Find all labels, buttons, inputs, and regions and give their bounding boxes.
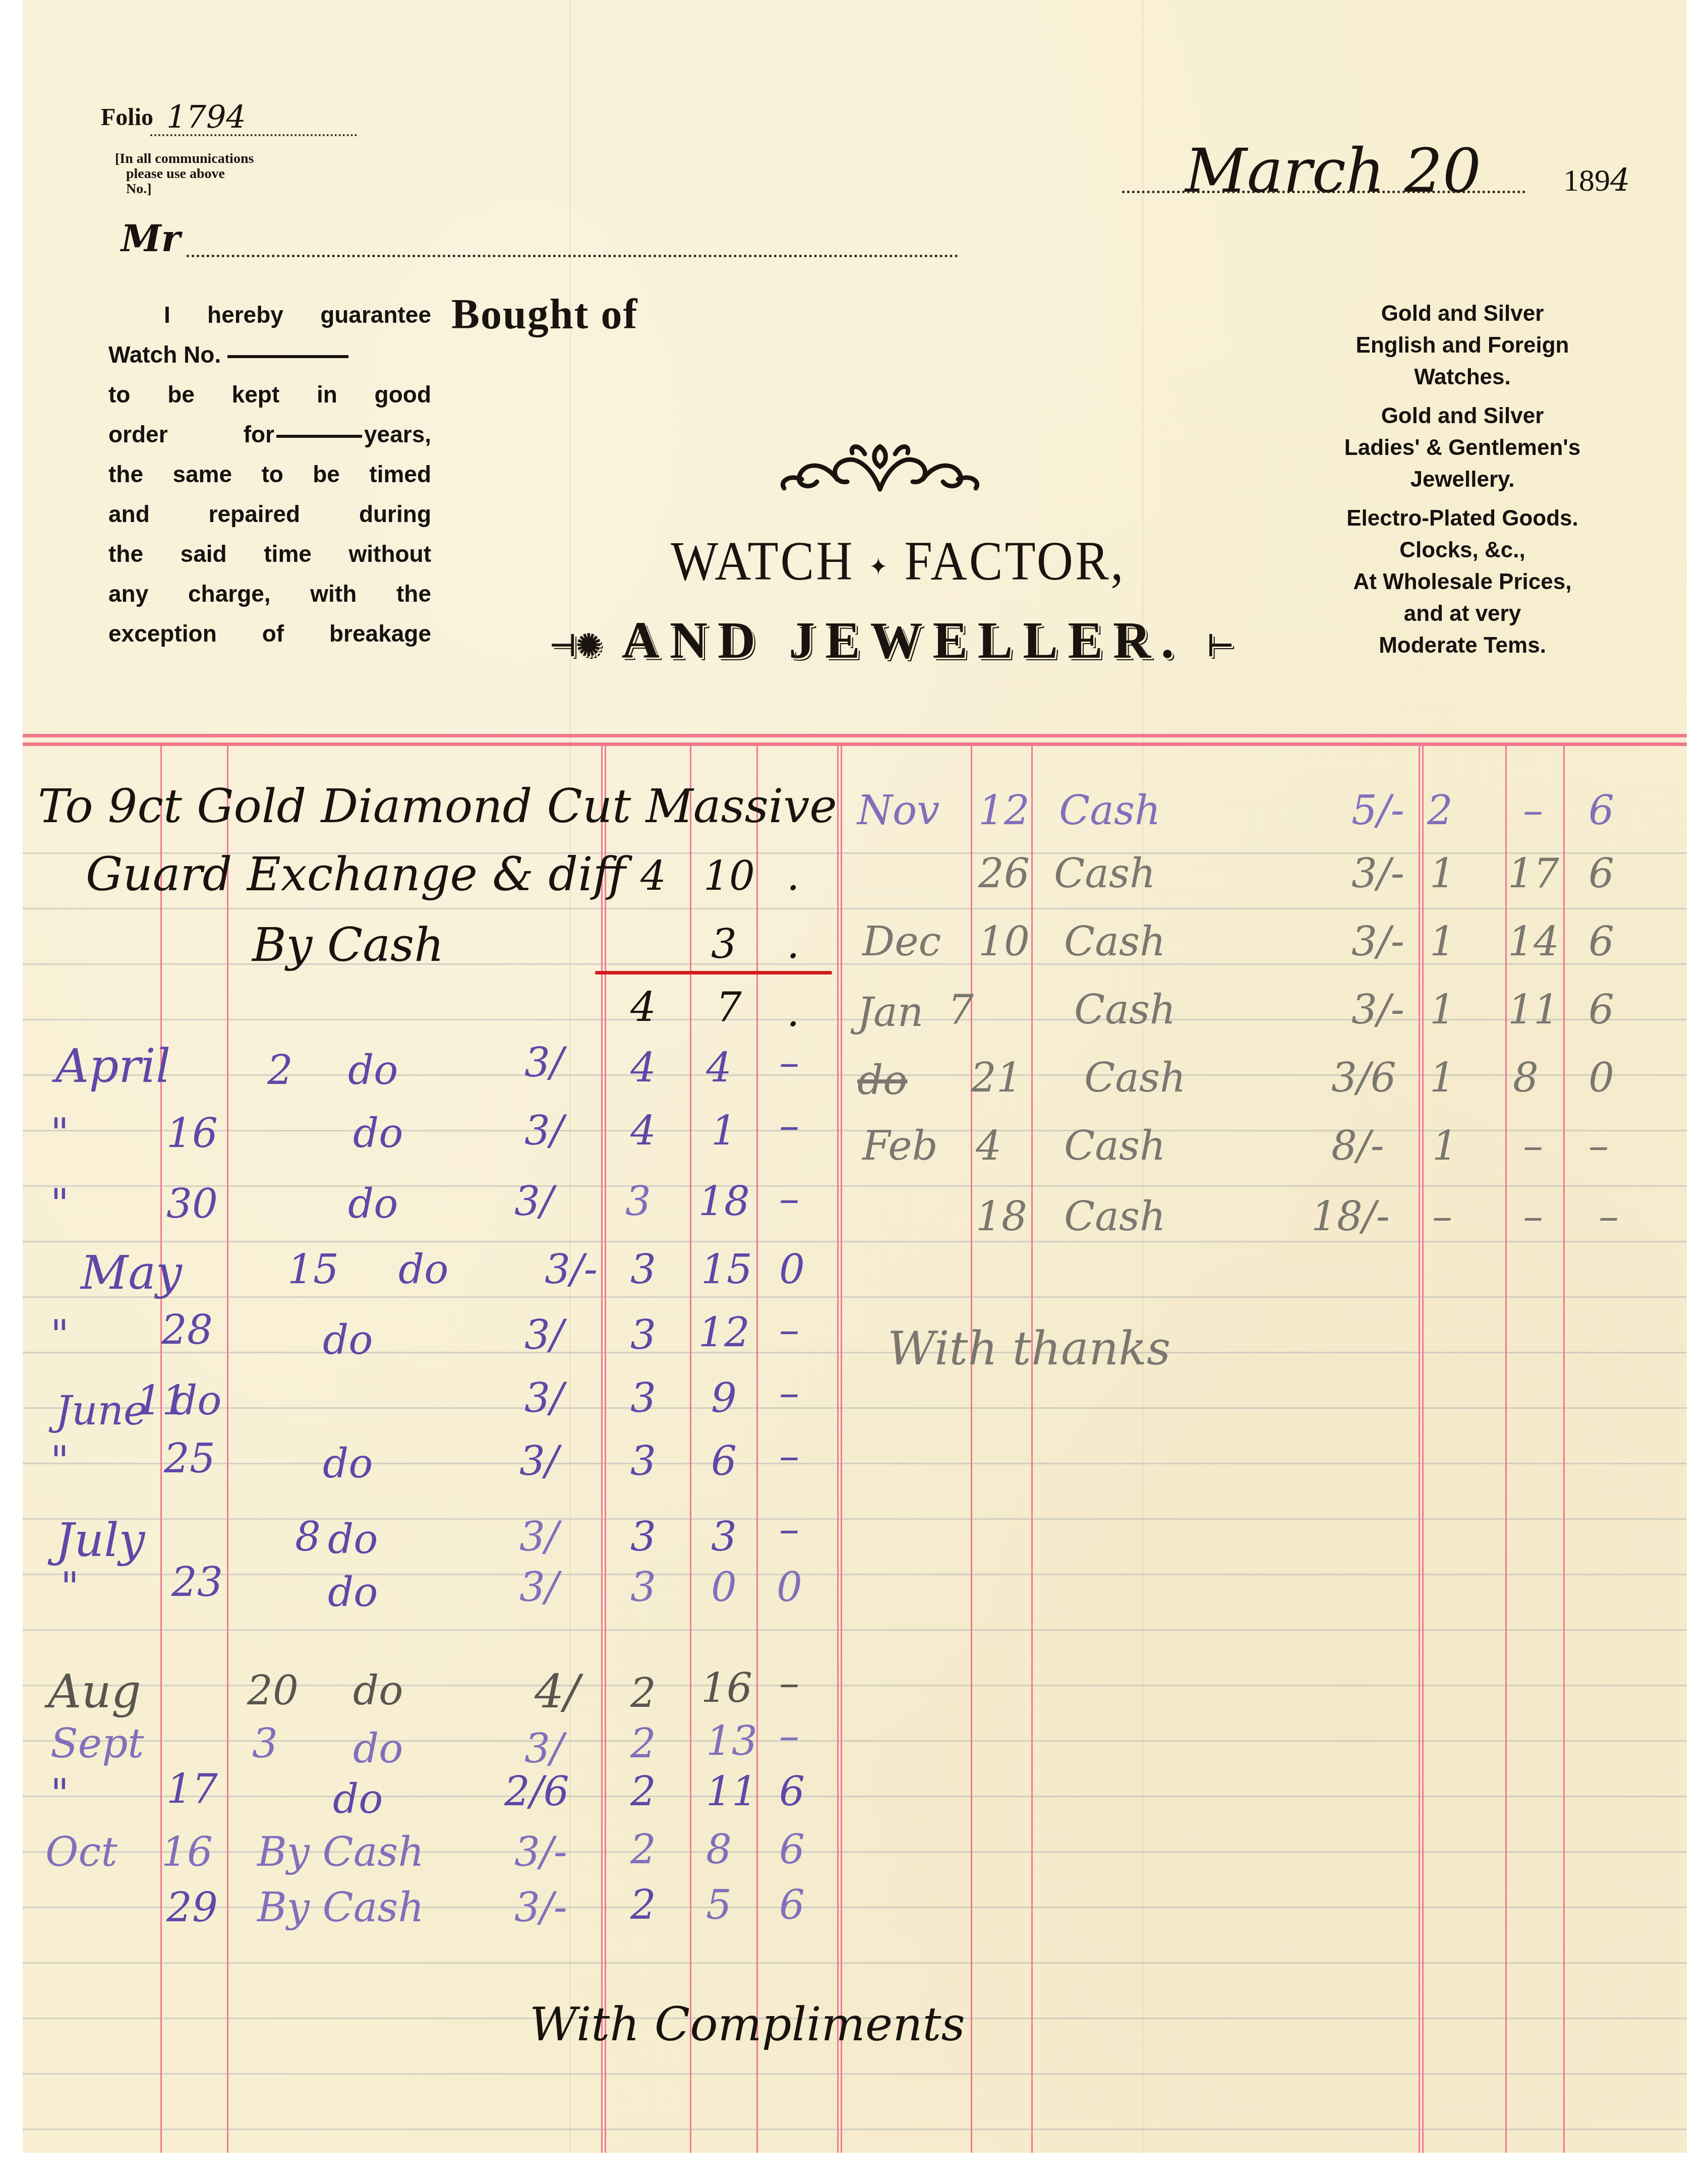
date-line — [1122, 191, 1525, 193]
amount-shillings: 13 — [706, 1717, 757, 1764]
entry-month: " — [50, 1180, 69, 1227]
entry-desc: do — [398, 1246, 448, 1293]
column-rule — [971, 744, 972, 2153]
amount-pounds: 1 — [1432, 1122, 1458, 1169]
entry-desc: By Cash — [257, 1828, 424, 1875]
entry-paid: 3/- — [545, 1246, 598, 1293]
amount-shillings: 8 — [706, 1826, 732, 1873]
entry-month: " — [50, 1770, 69, 1817]
amount-pence: – — [779, 1039, 799, 1086]
entry-month: Feb — [862, 1122, 938, 1169]
amount-shillings: 15 — [701, 1246, 752, 1293]
bought-of-heading: Bought of — [451, 290, 638, 339]
entry-desc: do — [348, 1180, 398, 1227]
entry-month: May — [81, 1246, 182, 1300]
amount-pence: – — [779, 1175, 799, 1222]
entry-desc: do — [353, 1725, 403, 1772]
column-rule — [1419, 744, 1420, 2153]
ledger-opening-line: By Cash — [252, 918, 444, 972]
amount-shillings: 17 — [1508, 850, 1559, 897]
amount-shillings: 0 — [711, 1564, 737, 1611]
pencil-note: With thanks — [888, 1322, 1170, 1375]
amount-pounds: 2 — [630, 1826, 656, 1873]
entry-month: Sept — [50, 1720, 144, 1767]
entry-day: 25 — [164, 1435, 215, 1482]
entry-month: " — [61, 1564, 79, 1611]
amount-pence: 6 — [1588, 986, 1614, 1033]
amount-pence: – — [779, 1659, 799, 1706]
column-rule — [1505, 744, 1507, 2153]
ledger-line — [23, 2073, 1687, 2075]
amount-shillings: – — [1523, 1122, 1543, 1169]
entry-desc: do — [171, 1377, 221, 1424]
entry-day: 16 — [166, 1110, 218, 1157]
ledger-line — [23, 1185, 1687, 1187]
entry-day: 23 — [171, 1559, 223, 1605]
entry-month: April — [55, 1039, 170, 1093]
ledger-line — [23, 1241, 1687, 1242]
amount-pounds: 3 — [630, 1513, 656, 1560]
folio-note: [In all communications please use above … — [115, 151, 254, 197]
entry-paid: 5/- — [1351, 787, 1404, 834]
entry-paid: 3/- — [514, 1884, 567, 1931]
entry-paid: 18/- — [1311, 1193, 1390, 1240]
column-rule — [160, 744, 162, 2153]
amount-shillings: 7 — [716, 984, 742, 1030]
amount-pounds: 3 — [630, 1246, 656, 1293]
column-rule — [690, 744, 691, 2153]
watch-number-blank — [227, 355, 348, 358]
entry-paid: 3/ — [524, 1374, 564, 1421]
ledger-line — [23, 1962, 1687, 1964]
entry-day: 2 — [267, 1047, 293, 1094]
column-rule — [601, 744, 603, 2153]
business-title-line2: ⊣✺ AND JEWELLER. ⊢ — [550, 610, 1233, 670]
years-blank — [276, 435, 362, 438]
amount-pounds: 1 — [1430, 986, 1455, 1033]
entry-paid: 3/6 — [1331, 1054, 1396, 1101]
ledger-opening-line: Guard Exchange & diff — [86, 847, 626, 901]
amount-pounds: 2 — [1427, 787, 1453, 834]
amount-shillings: 8 — [1513, 1054, 1539, 1101]
business-title-line1: WATCH ✦ FACTOR, — [671, 529, 1126, 593]
amount-pounds: 3 — [630, 1374, 656, 1421]
entry-day: 10 — [978, 918, 1030, 965]
starburst-icon: ✦ — [869, 553, 890, 581]
entry-day: 16 — [161, 1828, 213, 1875]
ledger-opening-line: To 9ct Gold Diamond Cut Massive — [38, 779, 837, 833]
entry-paid: 3/ — [524, 1311, 564, 1358]
ledger-line — [23, 908, 1687, 909]
entry-paid: 3/ — [514, 1178, 554, 1225]
entry-desc: do — [353, 1110, 403, 1157]
guarantee-text: I hereby guarantee Watch No. to be kept … — [108, 295, 431, 654]
entry-month: Jan — [857, 989, 923, 1036]
entry-month: July — [55, 1513, 145, 1567]
entry-desc: Cash — [1054, 850, 1155, 897]
amount-pence: 0 — [779, 1246, 805, 1293]
amount-pence: 0 — [1588, 1054, 1614, 1101]
amount-shillings: 11 — [1508, 986, 1559, 1033]
amount-pence: – — [779, 1306, 799, 1353]
ledger-line — [23, 1796, 1687, 1797]
amount-pence: 6 — [779, 1881, 805, 1928]
amount-shillings: 3 — [711, 1513, 737, 1560]
recipient-line — [187, 255, 958, 257]
entry-desc: do — [328, 1516, 378, 1563]
amount-pence: 6 — [1588, 850, 1614, 897]
entry-month: Dec — [862, 918, 941, 965]
amount-pence: – — [1588, 1122, 1609, 1169]
amount-pounds: 2 — [630, 1670, 656, 1716]
entry-paid: 3/ — [524, 1725, 564, 1772]
entry-day: 30 — [166, 1180, 218, 1227]
column-rule — [1563, 744, 1565, 2153]
entry-desc: By Cash — [257, 1884, 424, 1931]
entry-day: 20 — [247, 1667, 299, 1714]
amount-shillings: 18 — [698, 1178, 750, 1225]
entry-desc: Cash — [1064, 1193, 1165, 1240]
amount-pounds: 3 — [630, 1564, 656, 1611]
amount-pounds: 3 — [630, 1438, 656, 1484]
ledger-line — [23, 1518, 1687, 1520]
amount-shillings: 5 — [706, 1881, 732, 1928]
amount-pence: – — [779, 1102, 799, 1149]
amount-pounds: – — [1432, 1193, 1452, 1240]
entry-month: do — [857, 1057, 907, 1104]
amount-pounds: 4 — [640, 852, 666, 899]
entry-paid: 3/ — [519, 1438, 559, 1484]
amount-pence: – — [1599, 1193, 1619, 1240]
amount-pence: 6 — [1588, 787, 1614, 834]
amount-pence: . — [787, 921, 799, 967]
amount-pence: 6 — [779, 1826, 805, 1873]
ledger-header-rule — [23, 734, 1687, 746]
entry-paid: 3/ — [519, 1564, 559, 1611]
entry-day: 17 — [166, 1765, 218, 1812]
amount-pounds: 1 — [1430, 850, 1455, 897]
amount-pence: 0 — [777, 1564, 802, 1611]
ledger-line — [23, 1352, 1687, 1353]
folio-number: 1794 — [166, 98, 246, 135]
entry-paid: 3/ — [524, 1039, 564, 1086]
entry-paid: 3/- — [1351, 850, 1404, 897]
amount-shillings: 3 — [711, 921, 737, 967]
entry-day: 18 — [976, 1193, 1027, 1240]
entry-desc: Cash — [1064, 1122, 1165, 1169]
entry-paid: 3/- — [514, 1828, 567, 1875]
column-rule — [837, 744, 839, 2153]
amount-pence: 6 — [1588, 918, 1614, 965]
amount-shillings: – — [1523, 787, 1543, 834]
date-handwritten: March 20 — [1185, 136, 1481, 206]
amount-shillings: 16 — [701, 1665, 752, 1711]
amount-shillings: 12 — [698, 1309, 750, 1356]
column-rule — [1031, 744, 1033, 2153]
date-year: 1894 — [1563, 161, 1630, 199]
service-group: Electro-Plated Goods. Clocks, &c., At Wh… — [1281, 502, 1644, 661]
entry-month: " — [50, 1438, 69, 1484]
entry-day: 4 — [976, 1122, 1002, 1169]
amount-pounds: 1 — [1430, 918, 1455, 965]
entry-desc: Cash — [1074, 986, 1175, 1033]
amount-pence: 6 — [779, 1768, 805, 1815]
entry-month: June — [55, 1387, 147, 1434]
left-flourish-icon: ⊣✺ — [550, 629, 602, 662]
ledger-line — [23, 1574, 1687, 1575]
amount-pence: – — [779, 1712, 799, 1759]
entry-day: 3 — [252, 1720, 278, 1767]
amount-shillings: 11 — [706, 1768, 757, 1815]
amount-pence: . — [787, 989, 799, 1036]
entry-month: " — [50, 1311, 69, 1358]
amount-shillings: 10 — [703, 852, 755, 899]
amount-pounds: 4 — [630, 1107, 656, 1154]
amount-shillings: 9 — [711, 1374, 737, 1421]
ledger-line — [23, 1629, 1687, 1631]
entry-desc: do — [323, 1440, 373, 1487]
amount-pence: – — [779, 1506, 799, 1553]
amount-pounds: 3 — [625, 1178, 651, 1225]
entry-month: Nov — [857, 787, 939, 834]
recipient-label: Mr — [121, 217, 181, 260]
entry-day: 15 — [287, 1246, 339, 1293]
entry-day: 28 — [161, 1306, 213, 1353]
entry-paid: 3/- — [1351, 918, 1404, 965]
amount-shillings: 6 — [711, 1438, 737, 1484]
amount-pounds: 2 — [630, 1720, 656, 1767]
amount-pounds: 2 — [630, 1768, 656, 1815]
entry-day: 7 — [948, 986, 974, 1033]
entry-desc: Cash — [1084, 1054, 1186, 1101]
ledger-line — [23, 1463, 1687, 1464]
entry-day: 8 — [295, 1513, 321, 1560]
entry-paid: 3/ — [519, 1513, 559, 1560]
amount-shillings: 4 — [706, 1044, 732, 1091]
ledger-line — [23, 1296, 1687, 1298]
column-rule — [227, 744, 228, 2153]
amount-pence: – — [779, 1369, 799, 1416]
amount-shillings: 1 — [711, 1107, 737, 1154]
column-rule — [756, 744, 758, 2153]
folio-line — [150, 134, 357, 136]
amount-pounds: 4 — [630, 1044, 656, 1091]
entry-paid: 2/6 — [504, 1768, 569, 1815]
entry-paid: 4/ — [535, 1665, 580, 1718]
ledger-line — [23, 2129, 1687, 2130]
entry-desc: do — [333, 1775, 383, 1822]
amount-pounds: 3 — [630, 1311, 656, 1358]
scroll-ornament-icon — [772, 439, 988, 494]
entry-month: Aug — [48, 1665, 141, 1718]
service-group: Gold and Silver Ladies' & Gentlemen's Je… — [1281, 400, 1644, 495]
folio-label: Folio — [101, 103, 153, 131]
amount-pounds: 2 — [630, 1881, 656, 1928]
entry-month: " — [50, 1110, 69, 1157]
entry-desc: Cash — [1059, 787, 1160, 834]
amount-pounds: 1 — [1430, 1054, 1455, 1101]
entry-paid: 8/- — [1331, 1122, 1384, 1169]
entry-desc: do — [348, 1047, 398, 1094]
entry-desc: Cash — [1064, 918, 1165, 965]
closing-compliments: With Compliments — [529, 1997, 965, 2051]
entry-desc: do — [353, 1667, 403, 1714]
entry-month: Oct — [45, 1828, 117, 1875]
right-flourish-icon: ⊢ — [1207, 629, 1233, 662]
service-group: Gold and Silver English and Foreign Watc… — [1281, 298, 1644, 393]
amount-shillings: – — [1523, 1193, 1543, 1240]
entry-day: 12 — [978, 787, 1030, 834]
entry-day: 21 — [971, 1054, 1022, 1101]
entry-paid: 3/ — [524, 1107, 564, 1154]
amount-shillings: 14 — [1508, 918, 1559, 965]
amount-pence: – — [779, 1432, 799, 1479]
entry-desc: do — [323, 1316, 373, 1363]
entry-paid: 3/- — [1351, 986, 1404, 1033]
amount-pounds: 4 — [630, 984, 656, 1030]
entry-day: 26 — [978, 850, 1030, 897]
ledger-line — [23, 1407, 1687, 1409]
amount-pence: . — [787, 852, 799, 899]
entry-desc: do — [328, 1569, 378, 1616]
services-list: Gold and Silver English and Foreign Watc… — [1281, 298, 1644, 668]
red-total-underline — [595, 971, 832, 974]
entry-day: 29 — [166, 1884, 218, 1931]
